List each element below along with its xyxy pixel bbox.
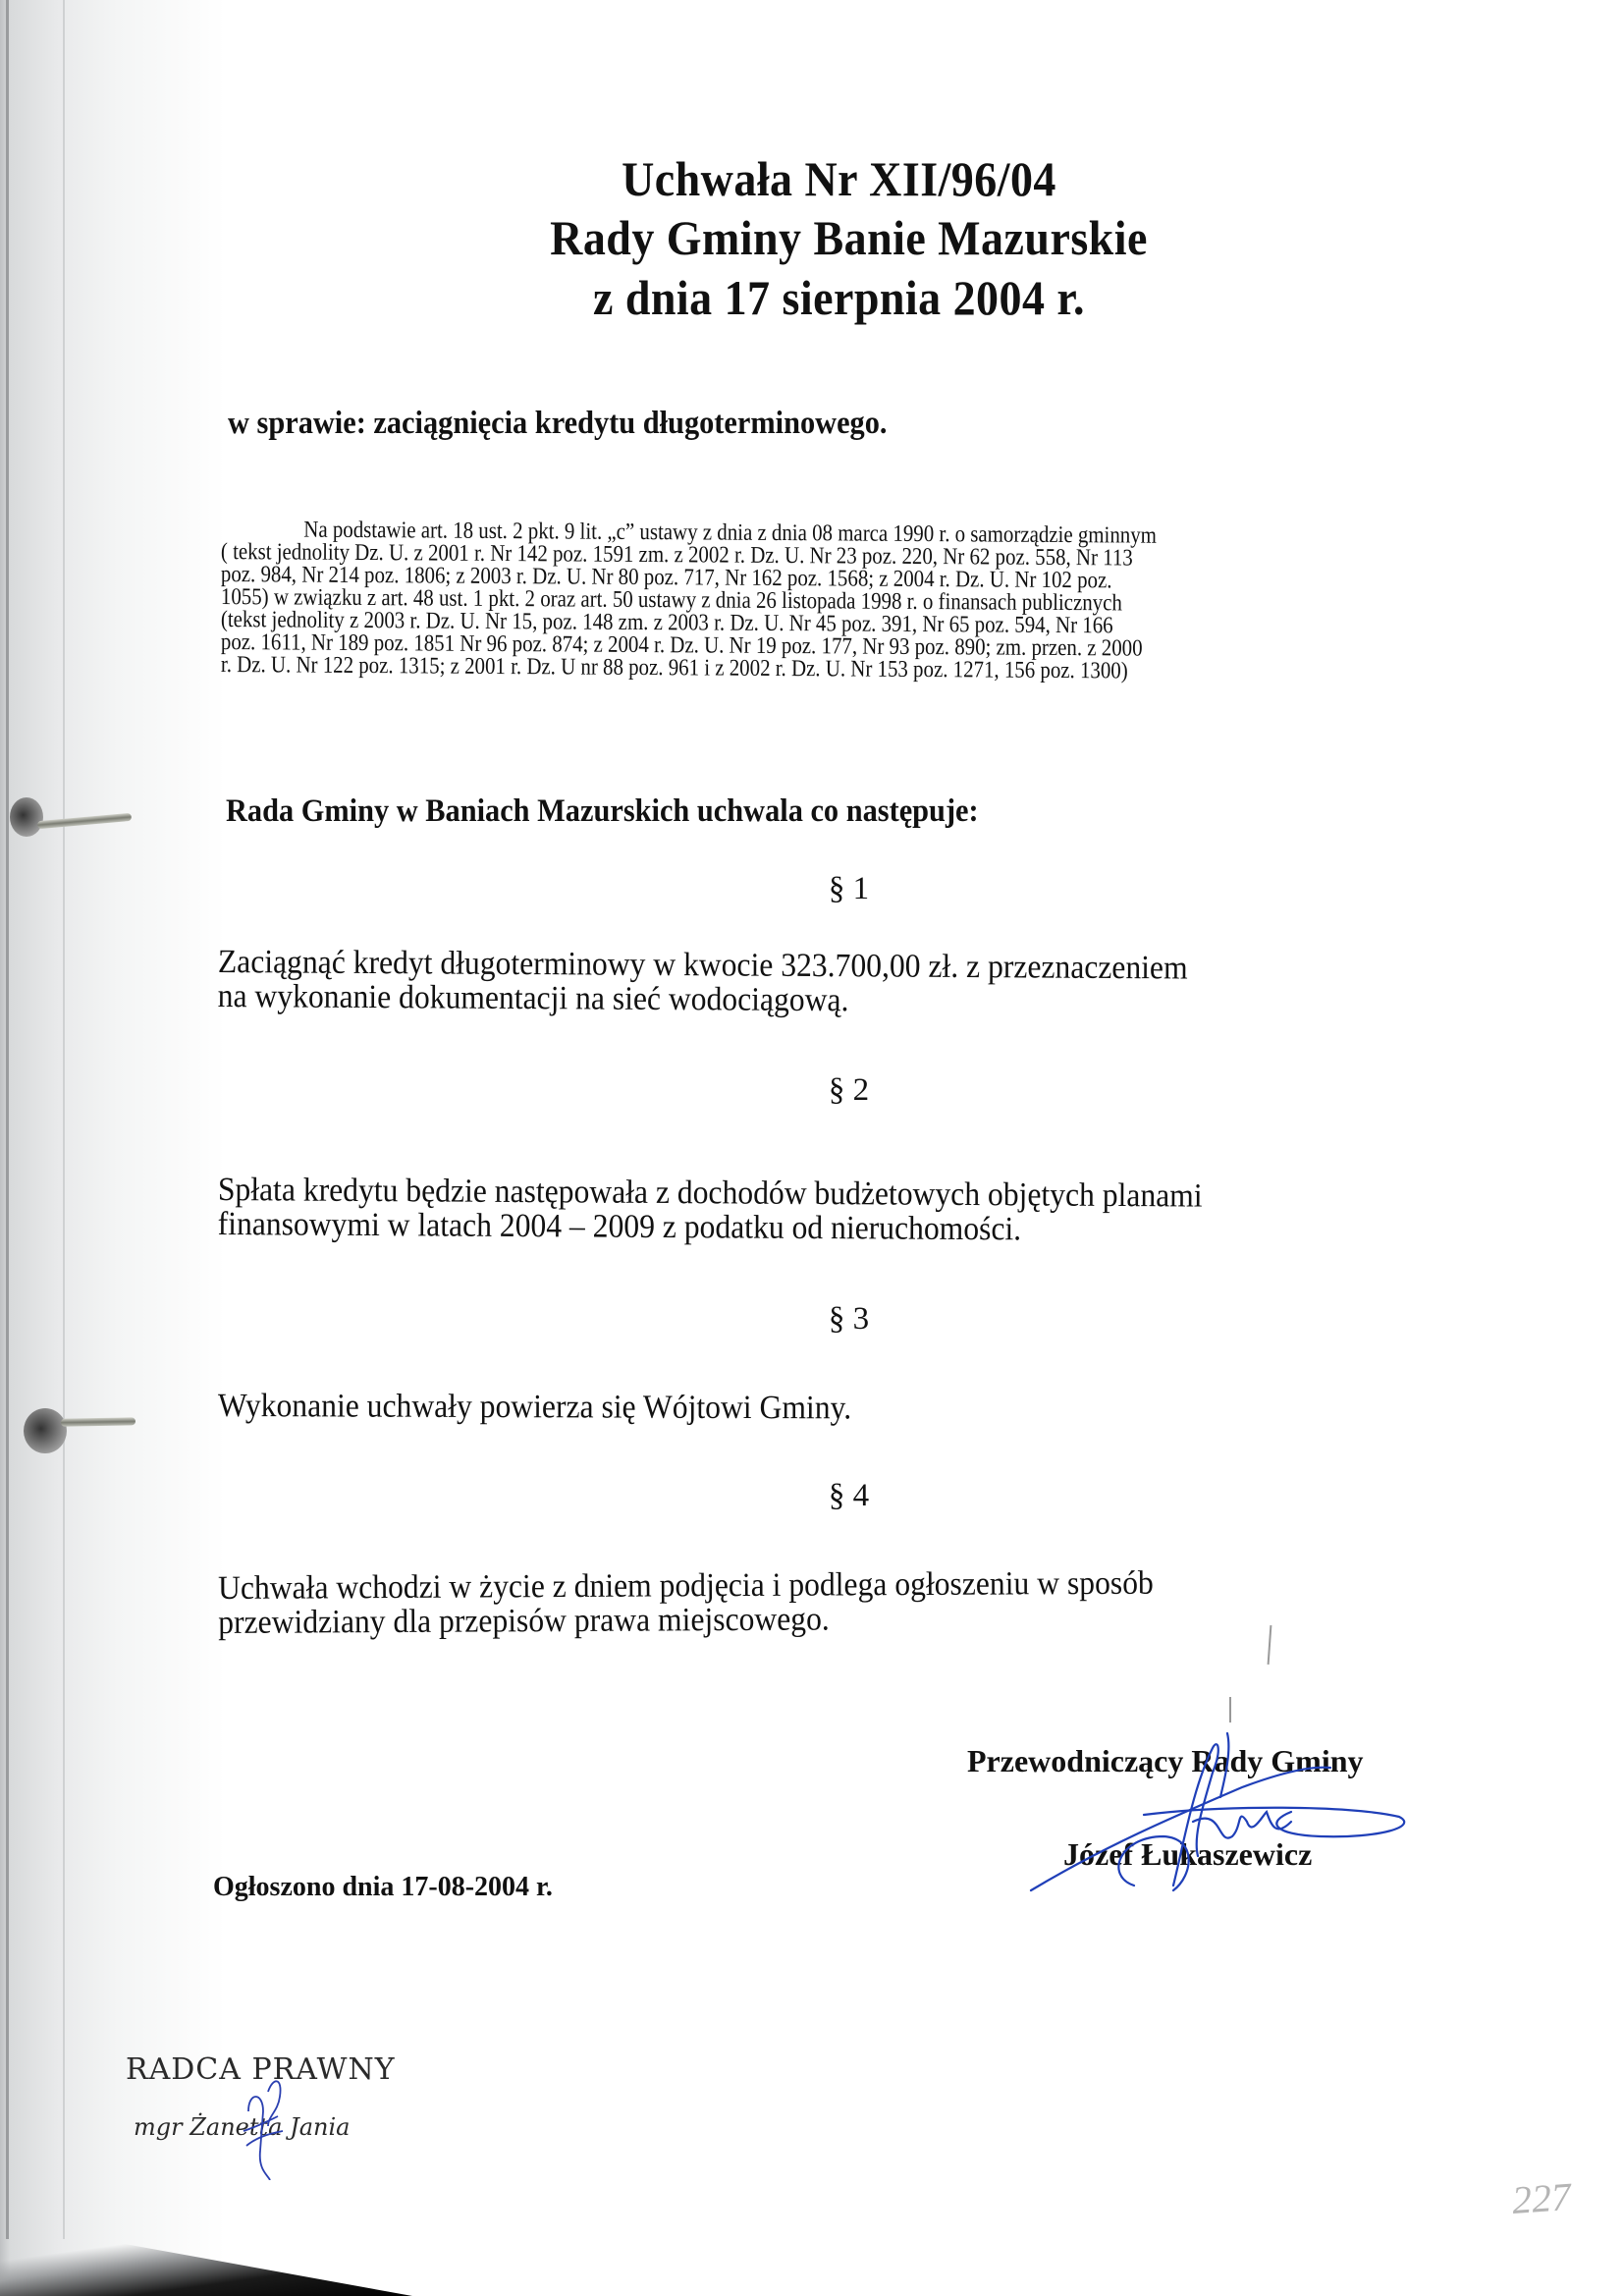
- paragraph-3-text: Wykonanie uchwały powierza się Wójtowi G…: [218, 1389, 851, 1425]
- resolution-date: z dnia 17 sierpnia 2004 r.: [92, 268, 1586, 327]
- announcement-date: Ogłoszono dnia 17-08-2004 r.: [213, 1872, 553, 1903]
- paragraph-line: przewidziany dla przepisów prawa miejsco…: [218, 1601, 1154, 1640]
- handwritten-signature-icon: [1026, 1728, 1419, 1895]
- resolution-subject: w sprawie: zaciągnięcia kredytu długoter…: [228, 406, 888, 442]
- binding-edge: [6, 0, 9, 2239]
- paragraph-2-text: Spłata kredytu będzie następowała z doch…: [218, 1173, 1203, 1248]
- paragraph-mark: § 1: [37, 871, 1623, 907]
- document-page: Uchwała Nr XII/96/04 Rady Gminy Banie Ma…: [0, 0, 1623, 2296]
- initials-signature-icon: [239, 2072, 298, 2180]
- resolution-number: Uchwała Nr XII/96/04: [92, 149, 1586, 208]
- stray-pen-mark: [1229, 1697, 1231, 1722]
- page-number: 227: [1510, 2173, 1572, 2223]
- paragraph-mark: § 3: [37, 1301, 1623, 1338]
- binding-hole-icon: [24, 1408, 67, 1453]
- paragraph-1-text: Zaciągnąć kredyt długoterminowy w kwocie…: [218, 945, 1188, 1019]
- binding-string-icon: [61, 1417, 135, 1426]
- legal-basis-preamble: Na podstawie art. 18 ust. 2 pkt. 9 lit. …: [221, 519, 1488, 677]
- paragraph-4-text: Uchwała wchodzi w życie z dniem podjęcia…: [218, 1566, 1154, 1640]
- binding-fold: [63, 0, 65, 2239]
- paragraph-line: Wykonanie uchwały powierza się Wójtowi G…: [218, 1389, 851, 1425]
- council-name: Rady Gminy Banie Mazurskie: [102, 208, 1596, 267]
- paragraph-mark: § 4: [37, 1478, 1623, 1514]
- paragraph-line: Uchwała wchodzi w życie z dniem podjęcia…: [218, 1566, 1154, 1606]
- binding-shadow: [0, 0, 226, 2296]
- paragraph-mark: § 2: [37, 1072, 1623, 1109]
- binding-hole-icon: [10, 797, 43, 837]
- stray-pen-mark: [1268, 1625, 1272, 1665]
- resolves-heading: Rada Gminy w Baniach Mazurskich uchwala …: [226, 793, 979, 830]
